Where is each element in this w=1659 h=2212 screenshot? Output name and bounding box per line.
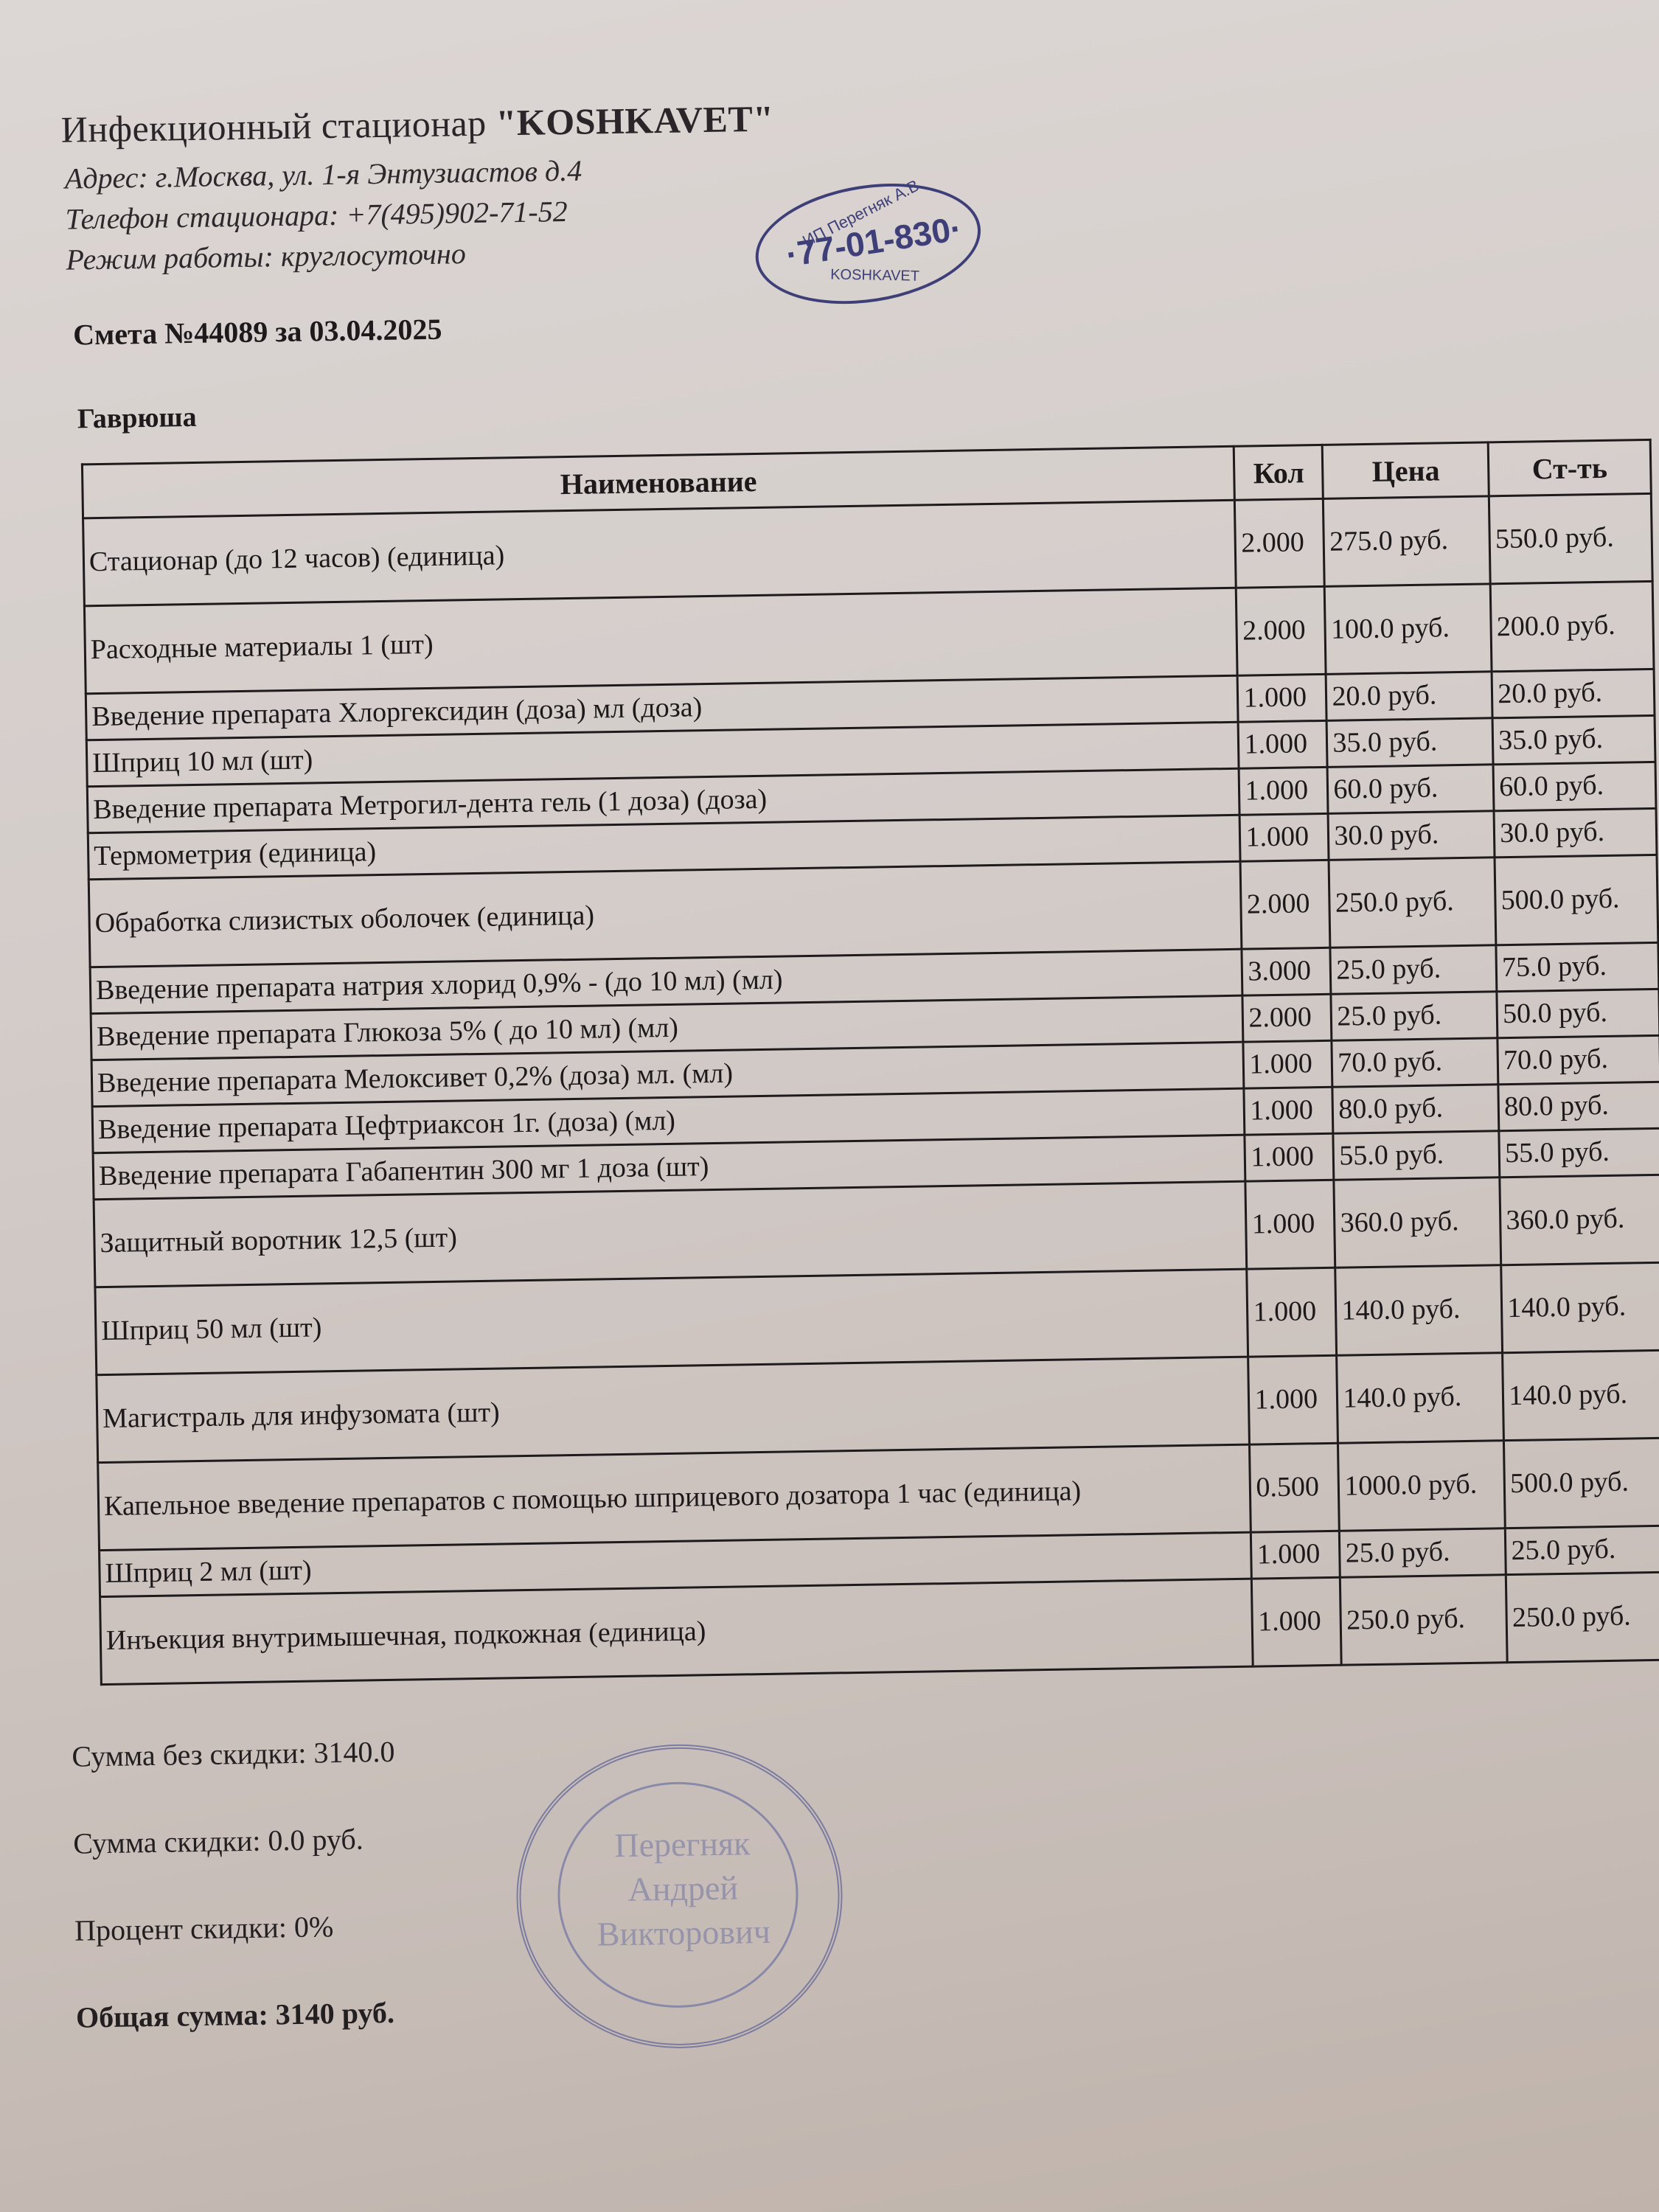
- item-price: 275.0 руб.: [1324, 496, 1491, 587]
- item-total: 70.0 руб.: [1498, 1035, 1659, 1084]
- item-total: 30.0 руб.: [1494, 808, 1657, 857]
- stamp-number: ·77-01-830·: [783, 208, 964, 275]
- item-total: 35.0 руб.: [1492, 715, 1655, 764]
- seal-line: Викторович: [595, 1909, 773, 1956]
- item-price: 250.0 руб.: [1340, 1575, 1508, 1666]
- item-total: 250.0 руб.: [1506, 1572, 1659, 1662]
- item-qty: 1.000: [1239, 767, 1329, 815]
- item-price: 80.0 руб.: [1332, 1085, 1499, 1134]
- item-qty: 2.000: [1242, 994, 1332, 1042]
- seal-line: Андрей: [594, 1865, 772, 1913]
- item-total: 25.0 руб.: [1506, 1526, 1659, 1574]
- item-total: 500.0 руб.: [1495, 855, 1658, 945]
- patient-name: Гаврюша: [77, 401, 197, 436]
- item-qty: 1.000: [1240, 813, 1329, 861]
- item-qty: 2.000: [1235, 498, 1325, 588]
- item-price: 100.0 руб.: [1325, 584, 1492, 675]
- item-price: 25.0 руб.: [1330, 945, 1497, 995]
- estimate-document: Инфекционный стационар "KOSHKAVET" Адрес…: [0, 0, 1659, 2212]
- clinic-hours: Режим работы: круглосуточно: [66, 236, 466, 277]
- item-total: 60.0 руб.: [1493, 762, 1656, 810]
- item-price: 25.0 руб.: [1331, 992, 1498, 1041]
- clinic-name: Инфекционный стационар "KOSHKAVET": [60, 97, 774, 151]
- item-qty: 1.000: [1245, 1133, 1334, 1181]
- item-price: 70.0 руб.: [1332, 1038, 1498, 1088]
- item-qty: 2.000: [1237, 586, 1326, 675]
- item-qty: 1.000: [1243, 1040, 1332, 1088]
- round-seal-stamp: Перегняк Андрей Викторович: [514, 1742, 844, 2051]
- item-qty: 1.000: [1239, 720, 1328, 768]
- grand-total: Общая сумма: 3140 руб.: [76, 1995, 395, 2035]
- item-total: 20.0 руб.: [1492, 669, 1655, 717]
- oval-stamp: ИП Перегняк А.В ·77-01-830· KOSHKAVET: [747, 169, 990, 319]
- clinic-address: Адрес: г.Москва, ул. 1-я Энтузиастов д.4: [64, 153, 582, 196]
- item-total: 360.0 руб.: [1500, 1175, 1659, 1265]
- item-price: 35.0 руб.: [1327, 718, 1494, 768]
- item-qty: 1.000: [1244, 1087, 1333, 1135]
- item-total: 200.0 руб.: [1490, 581, 1654, 671]
- item-price: 250.0 руб.: [1329, 858, 1496, 948]
- item-qty: 1.000: [1238, 674, 1327, 722]
- services-table: Наименование Кол Цена Ст-ть Стационар (д…: [81, 439, 1659, 1686]
- seal-text: Перегняк Андрей Викторович: [594, 1821, 773, 1956]
- item-qty: 3.000: [1242, 947, 1331, 995]
- item-total: 80.0 руб.: [1498, 1082, 1659, 1130]
- item-price: 1000.0 руб.: [1338, 1441, 1506, 1531]
- item-name: Инъекция внутримышечная, подкожная (един…: [100, 1579, 1253, 1685]
- item-total: 50.0 руб.: [1497, 989, 1659, 1037]
- item-price: 30.0 руб.: [1328, 811, 1495, 860]
- discount-amount: Сумма скидки: 0.0 руб.: [73, 1822, 364, 1861]
- col-price-header: Цена: [1323, 442, 1489, 499]
- item-qty: 1.000: [1245, 1180, 1335, 1269]
- subtotal: Сумма без скидки: 3140.0: [72, 1734, 395, 1774]
- item-price: 360.0 руб.: [1334, 1178, 1501, 1268]
- item-price: 140.0 руб.: [1337, 1353, 1504, 1444]
- stamp-brand: KOSHKAVET: [830, 266, 919, 285]
- item-total: 140.0 руб.: [1501, 1262, 1659, 1352]
- col-total-header: Ст-ть: [1488, 439, 1651, 495]
- col-qty-header: Кол: [1234, 445, 1324, 500]
- item-qty: 1.000: [1252, 1577, 1342, 1666]
- item-total: 500.0 руб.: [1504, 1438, 1659, 1528]
- clinic-phone: Телефон стационара: +7(495)902-71-52: [65, 194, 568, 237]
- estimate-title: Смета №44089 за 03.04.2025: [73, 312, 442, 352]
- item-qty: 1.000: [1251, 1531, 1340, 1579]
- item-qty: 0.500: [1250, 1443, 1340, 1532]
- seal-line: Перегняк: [594, 1821, 771, 1868]
- item-total: 75.0 руб.: [1496, 942, 1659, 991]
- clinic-type: Инфекционный стационар: [60, 102, 496, 150]
- discount-percent: Процент скидки: 0%: [74, 1909, 334, 1948]
- item-price: 55.0 руб.: [1333, 1131, 1500, 1180]
- item-price: 20.0 руб.: [1326, 672, 1493, 721]
- item-price: 140.0 руб.: [1335, 1265, 1503, 1356]
- item-price: 25.0 руб.: [1340, 1528, 1506, 1578]
- item-price: 60.0 руб.: [1328, 765, 1495, 814]
- item-qty: 1.000: [1248, 1355, 1338, 1444]
- clinic-brand: "KOSHKAVET": [495, 98, 774, 144]
- item-total: 550.0 руб.: [1489, 493, 1653, 583]
- item-total: 140.0 руб.: [1503, 1350, 1659, 1440]
- item-qty: 1.000: [1247, 1267, 1337, 1357]
- item-qty: 2.000: [1241, 860, 1331, 949]
- item-total: 55.0 руб.: [1499, 1128, 1659, 1177]
